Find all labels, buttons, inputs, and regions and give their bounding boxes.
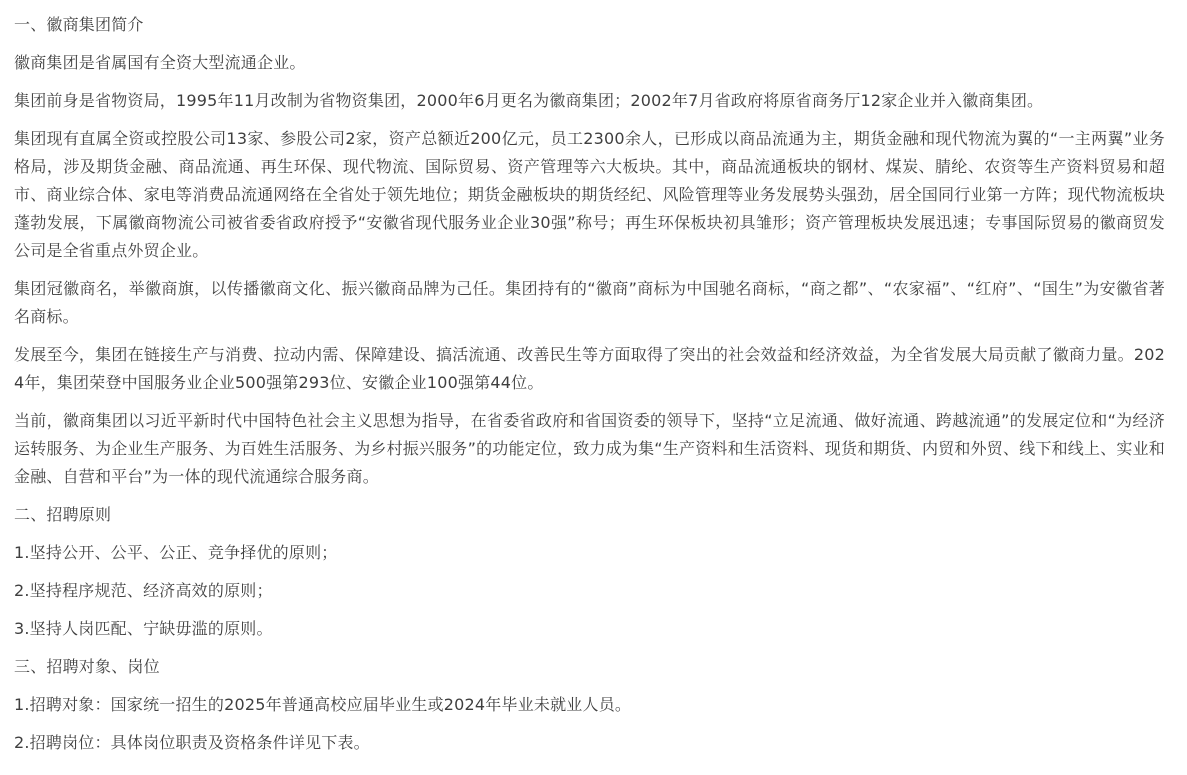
principle-item-2: 2.坚持程序规范、经济高效的原则； <box>14 577 1165 605</box>
paragraph-intro: 徽商集团是省属国有全资大型流通企业。 <box>14 49 1165 77</box>
section-heading-2: 二、招聘原则 <box>14 501 1165 529</box>
paragraph-vision: 当前，徽商集团以习近平新时代中国特色社会主义思想为指导，在省委省政府和省国资委的… <box>14 407 1165 491</box>
target-item-1: 1.招聘对象：国家统一招生的2025年普通高校应届毕业生或2024年毕业未就业人… <box>14 691 1165 719</box>
target-item-2: 2.招聘岗位：具体岗位职责及资格条件详见下表。 <box>14 729 1165 757</box>
section-heading-3: 三、招聘对象、岗位 <box>14 653 1165 681</box>
principle-item-1: 1.坚持公开、公平、公正、竞争择优的原则； <box>14 539 1165 567</box>
paragraph-achievement: 发展至今，集团在链接生产与消费、拉动内需、保障建设、搞活流通、改善民生等方面取得… <box>14 341 1165 397</box>
paragraph-brand: 集团冠徽商名，举徽商旗，以传播徽商文化、振兴徽商品牌为己任。集团持有的“徽商”商… <box>14 275 1165 331</box>
paragraph-business: 集团现有直属全资或控股公司13家、参股公司2家，资产总额近200亿元，员工230… <box>14 125 1165 265</box>
document-body: 一、徽商集团简介徽商集团是省属国有全资大型流通企业。集团前身是省物资局，1995… <box>0 0 1187 757</box>
principle-item-3: 3.坚持人岗匹配、宁缺毋滥的原则。 <box>14 615 1165 643</box>
section-heading-1: 一、徽商集团简介 <box>14 11 1165 39</box>
paragraph-history: 集团前身是省物资局，1995年11月改制为省物资集团，2000年6月更名为徽商集… <box>14 87 1165 115</box>
